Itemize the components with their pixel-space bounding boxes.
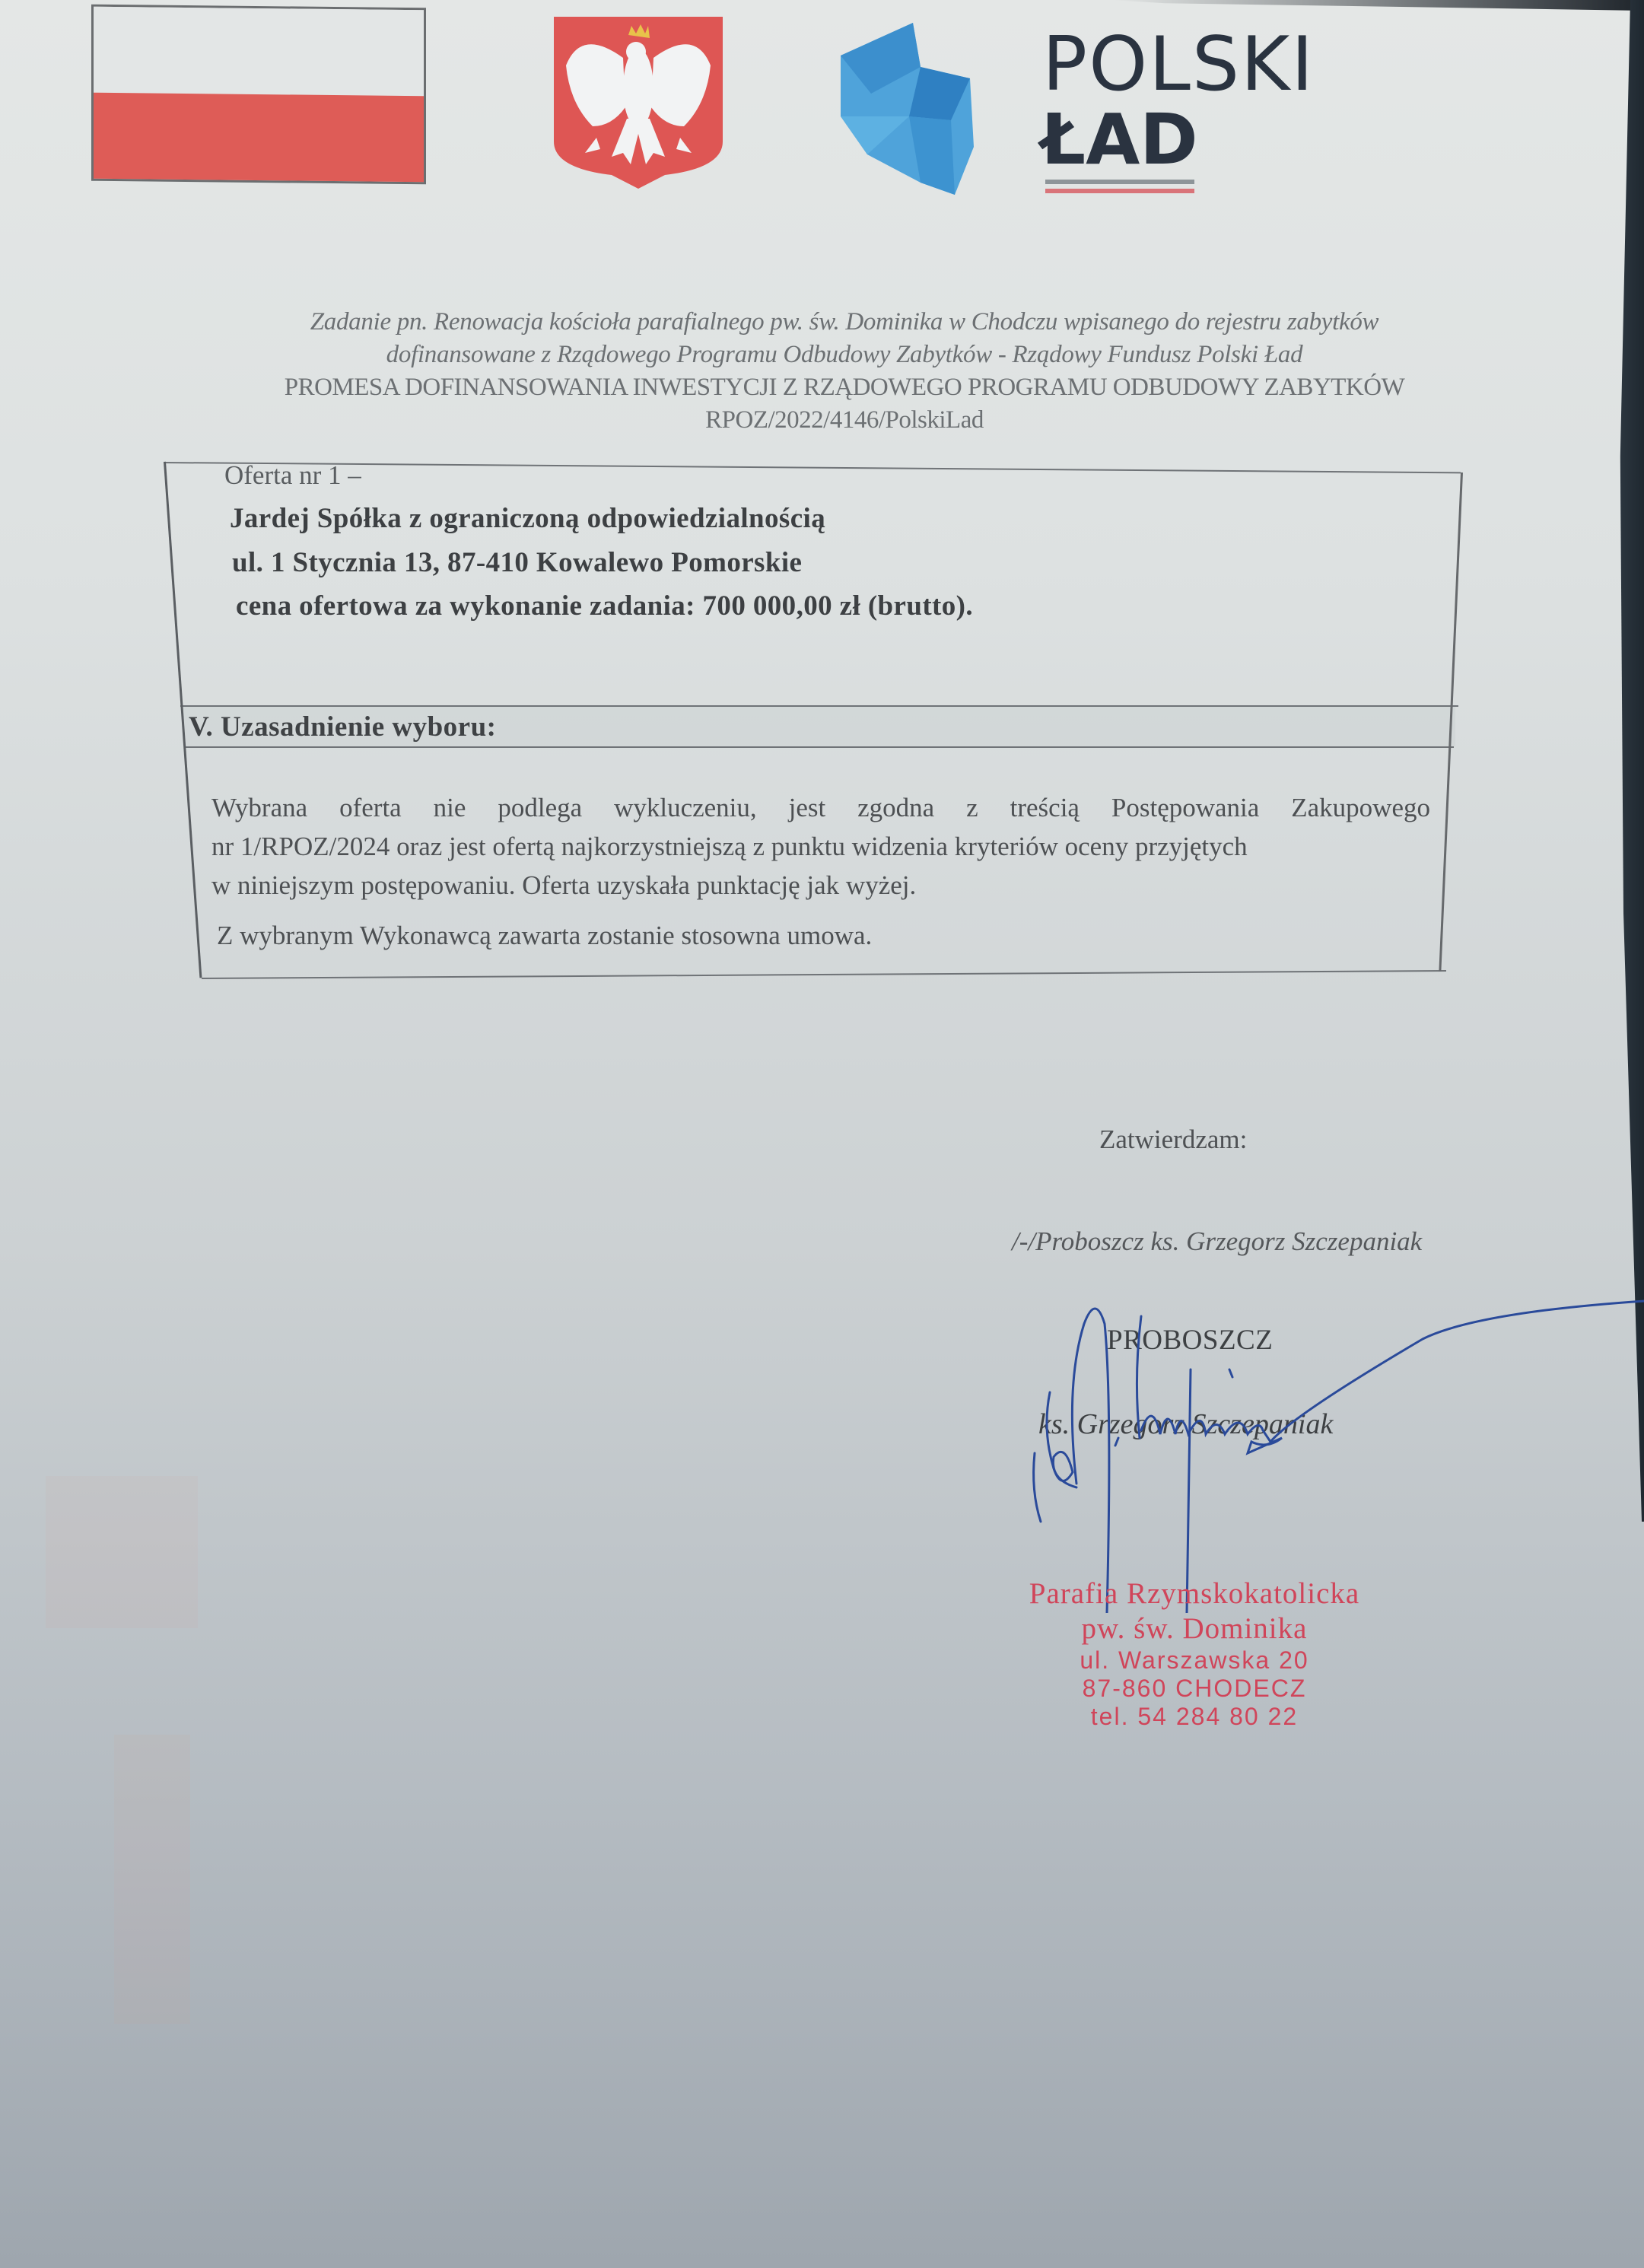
stamp-line: tel. 54 284 80 22 — [989, 1703, 1400, 1731]
poland-map-icon — [837, 21, 1012, 204]
offer-number: Oferta nr 1 – — [224, 460, 361, 491]
polski-lad-logo: POLSKI ŁAD — [837, 21, 1324, 204]
stamp-line: pw. św. Dominika — [989, 1611, 1400, 1646]
polski-lad-line1: POLSKI — [1042, 27, 1315, 102]
polish-eagle-emblem-icon — [551, 12, 726, 189]
table-border — [185, 746, 1454, 748]
signed-by: /-/Proboszcz ks. Grzegorz Szczepaniak — [1012, 1226, 1422, 1257]
stamp-name: ks. Grzegorz Szczepaniak — [1038, 1408, 1333, 1441]
header-line: dofinansowane z Rządowego Programu Odbud… — [251, 339, 1438, 371]
flag-red-stripe — [94, 93, 424, 183]
stamp-line: 87-860 CHODECZ — [989, 1675, 1400, 1703]
stamp-title: PROBOSZCZ — [1107, 1324, 1273, 1357]
polish-flag-icon — [91, 5, 426, 185]
stamp-line: ul. Warszawska 20 — [989, 1646, 1400, 1675]
header-line: PROMESA DOFINANSOWANIA INWESTYCJI Z RZĄD… — [251, 371, 1438, 404]
flag-white-stripe — [94, 7, 424, 97]
photo-right-shadow — [1598, 0, 1644, 1522]
section-title: V. Uzasadnienie wyboru: — [189, 711, 497, 743]
header-line: RPOZ/2022/4146/PolskiLad — [251, 404, 1438, 437]
task-header: Zadanie pn. Renowacja kościoła parafialn… — [251, 306, 1438, 437]
table-border — [180, 705, 1458, 707]
header-line: Zadanie pn. Renowacja kościoła parafialn… — [251, 306, 1438, 339]
polski-lad-line2: ŁAD — [1041, 105, 1198, 175]
paragraph-line: Wybrana oferta nie podlega wykluczeniu, … — [211, 788, 1430, 827]
stamp-line: Parafia Rzymskokatolicka — [989, 1576, 1400, 1611]
logo-red-stripe — [1045, 189, 1194, 193]
offer-price: cena ofertowa za wykonanie zadania: 700 … — [236, 590, 973, 622]
offer-company: Jardej Spółka z ograniczoną odpowiedzial… — [230, 502, 825, 535]
paragraph-line: nr 1/RPOZ/2024 oraz jest ofertą najkorzy… — [211, 827, 1430, 866]
show-through-mark — [114, 1735, 190, 2024]
approval-label: Zatwierdzam: — [1099, 1124, 1247, 1155]
paragraph-line: w niniejszym postępowaniu. Oferta uzyska… — [211, 866, 1430, 905]
show-through-mark — [46, 1476, 198, 1628]
offer-address: ul. 1 Stycznia 13, 87-410 Kowalewo Pomor… — [232, 546, 802, 579]
photo-top-shadow — [1111, 0, 1644, 11]
justification-paragraph: Wybrana oferta nie podlega wykluczeniu, … — [211, 788, 1430, 905]
closing-sentence: Z wybranym Wykonawcą zawarta zostanie st… — [217, 921, 872, 951]
parish-stamp: Parafia Rzymskokatolicka pw. św. Dominik… — [989, 1576, 1400, 1731]
logo-gray-stripe — [1045, 180, 1194, 184]
table-border — [202, 970, 1446, 979]
